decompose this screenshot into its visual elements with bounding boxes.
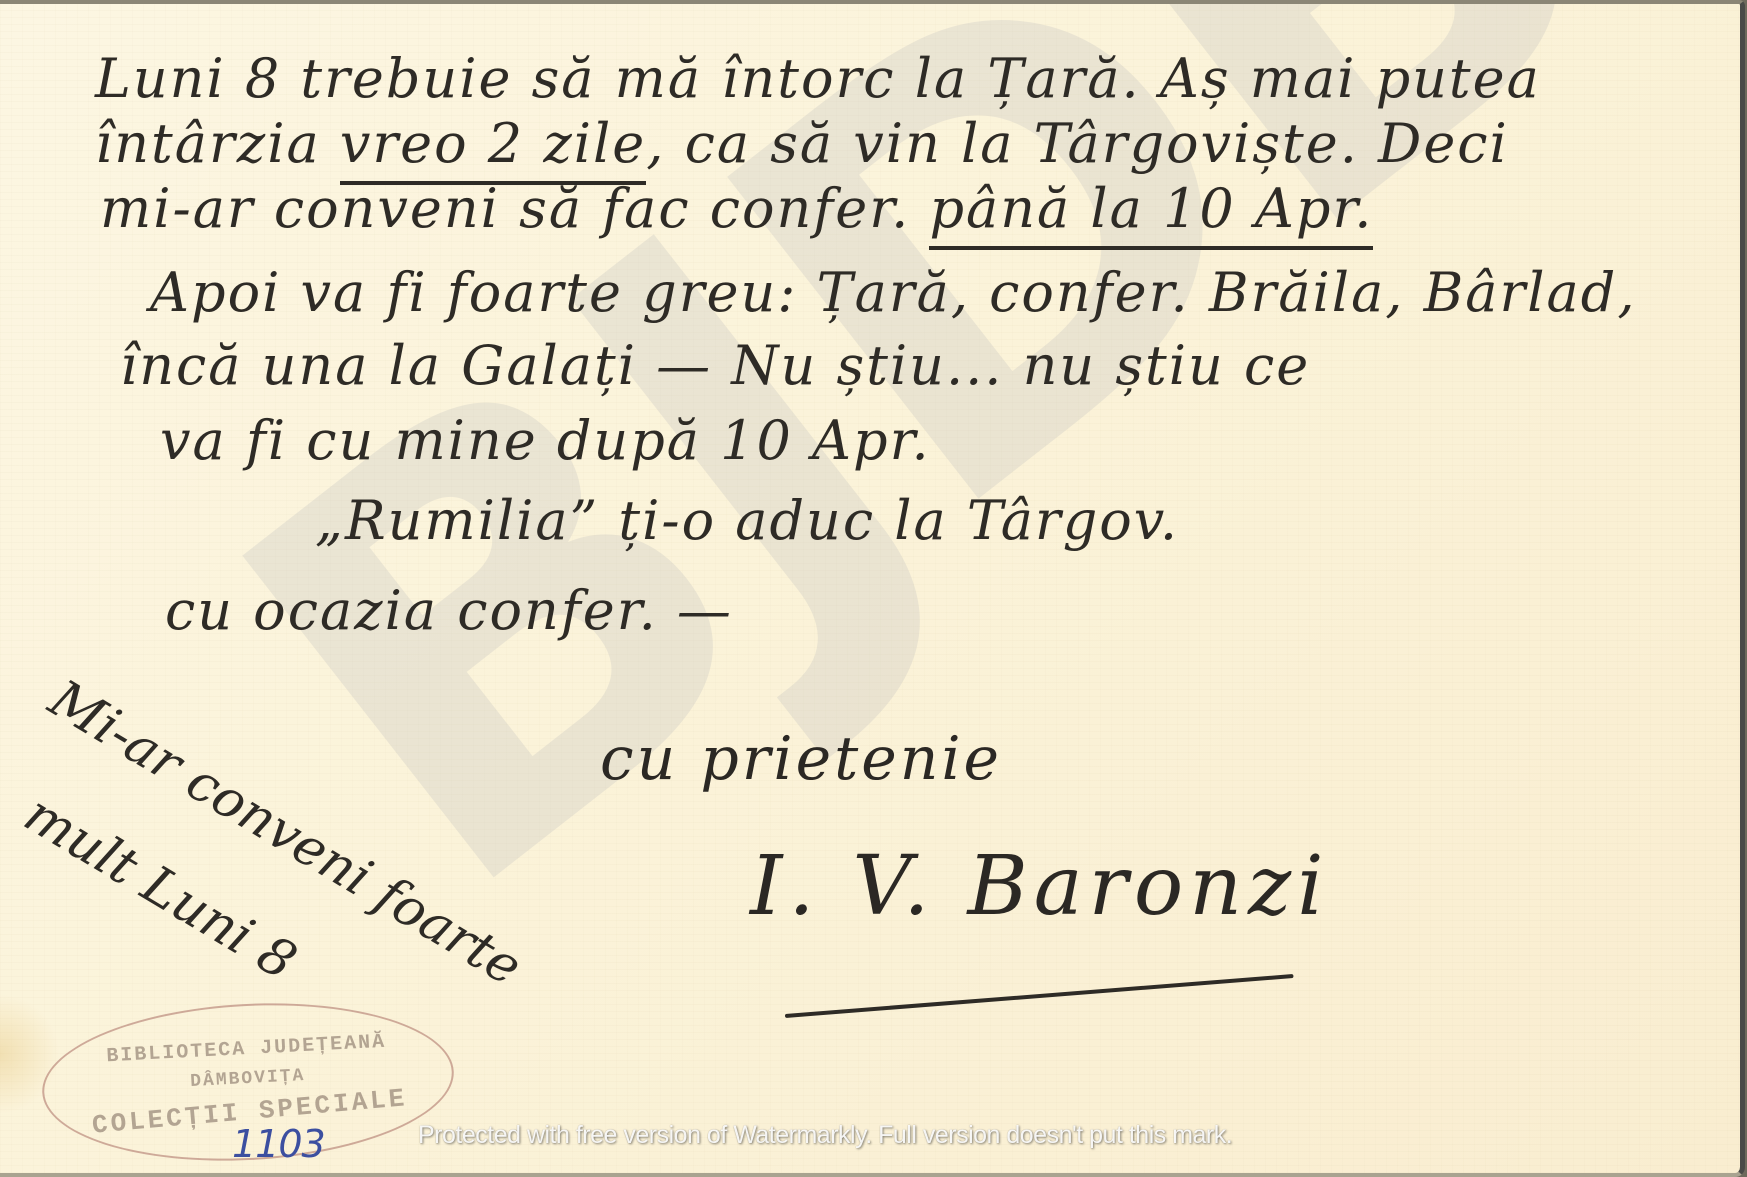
closing-text: cu prietenie — [600, 724, 1002, 794]
body-line-8: cu ocazia confer. — — [165, 584, 733, 638]
underlined-phrase-days: vreo 2 zile — [340, 112, 646, 185]
body-line-2-end: , ca să vin la Târgoviște. Deci — [646, 112, 1509, 175]
signature: I. V. Baronzi — [750, 839, 1330, 934]
body-line-3: mi-ar conveni să fac confer. până la 10 … — [100, 182, 1373, 236]
body-line-3-start: mi-ar conveni să fac confer. — [100, 177, 929, 240]
body-line-4: Apoi va fi foarte greu: Țară, confer. Br… — [150, 266, 1636, 320]
body-line-5: încă una la Galați — Nu știu... nu știu … — [120, 339, 1310, 393]
postcard-scan: BJDB Luni 8 trebuie să mă întorc la Țară… — [0, 0, 1745, 1175]
body-line-2-start: întârzia — [95, 112, 340, 175]
stamp-line-2: DÂMBOVIȚA — [190, 1066, 306, 1092]
stamp-line-1: BIBLIOTECA JUDEȚEANĂ — [106, 1030, 387, 1068]
body-line-1: Luni 8 trebuie să mă întorc la Țară. Aș … — [95, 52, 1541, 106]
signature-underline — [785, 974, 1294, 1018]
body-line-6: va fi cu mine după 10 Apr. — [160, 414, 931, 468]
inventory-number: 1103 — [232, 1122, 325, 1166]
body-line-2: întârzia vreo 2 zile, ca să vin la Târgo… — [95, 117, 1509, 171]
watermarkly-notice: Protected with free version of Watermark… — [418, 1121, 1232, 1150]
body-line-7: „Rumilia” ți-o aduc la Târgov. — [315, 494, 1179, 548]
underlined-phrase-date: până la 10 Apr. — [929, 177, 1373, 250]
